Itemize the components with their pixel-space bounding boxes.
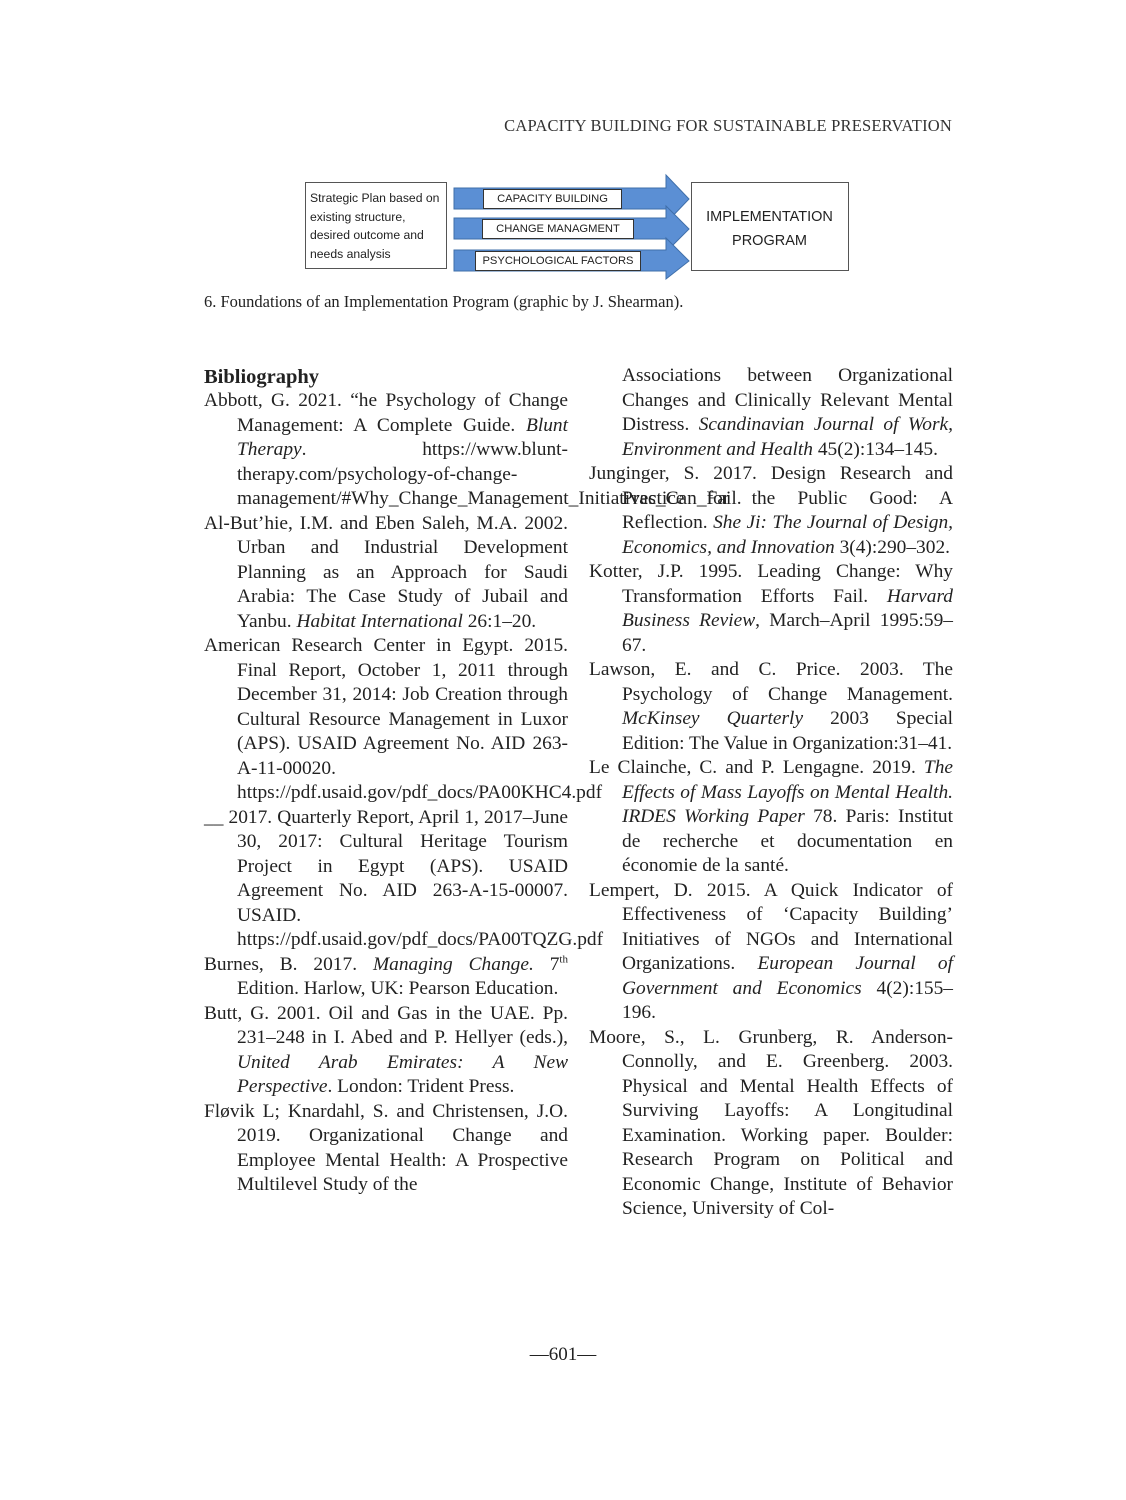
bibliography-entry: Le Clainche, C. and P. Lengagne. 2019. T… [589,756,953,879]
bibliography-right-column: Associations between Organizational Chan… [589,364,953,1222]
psychological-factors-label: PSYCHOLOGICAL FACTORS [475,251,641,271]
bibliography-entry: Lawson, E. and C. Price. 2003. The Psych… [589,658,953,756]
bibliography-entry: Fløvik L; Knardahl, S. and Christensen, … [204,1100,568,1198]
capacity-building-label: CAPACITY BUILDING [483,189,622,209]
change-management-label: CHANGE MANAGMENT [482,219,634,239]
implementation-line: IMPLEMENTATION [691,205,848,229]
running-head: CAPACITY BUILDING FOR SUSTAINABLE PRESER… [440,116,952,136]
bibliography-entry: __ 2017. Quarterly Report, April 1, 2017… [204,806,568,953]
page-number: —601— [0,1344,1126,1366]
bibliography-entry: American Research Center in Egypt. 2015.… [204,634,568,806]
bibliography-entry: Butt, G. 2001. Oil and Gas in the UAE. P… [204,1002,568,1100]
bibliography-entry: Abbott, G. 2021. “he Psychology of Chang… [204,389,568,512]
bibliography-entry: Moore, S., L. Grunberg, R. Anderson-Conn… [589,1026,953,1222]
bibliography-entry: Junginger, S. 2017. Design Research and … [589,462,953,560]
bibliography-entry: Lempert, D. 2015. A Quick Indicator of E… [589,879,953,1026]
figure-caption: 6. Foundations of an Implementation Prog… [204,292,683,312]
bibliography-entry: Associations between Organizational Chan… [589,364,953,462]
implementation-program-text: IMPLEMENTATION PROGRAM [691,205,848,253]
implementation-program-diagram: Strategic Plan based on existing structu… [300,172,860,284]
strategic-plan-text: Strategic Plan based on existing structu… [310,189,445,263]
bibliography-entry: Burnes, B. 2017. Managing Change. 7th Ed… [204,953,568,1002]
bibliography-title: Bibliography [204,364,568,389]
bibliography-entry: Al-But’hie, I.M. and Eben Saleh, M.A. 20… [204,512,568,635]
program-line: PROGRAM [691,229,848,253]
bibliography-entry: Kotter, J.P. 1995. Leading Change: Why T… [589,560,953,658]
bibliography-left-column: Bibliography Abbott, G. 2021. “he Psycho… [204,364,568,1198]
